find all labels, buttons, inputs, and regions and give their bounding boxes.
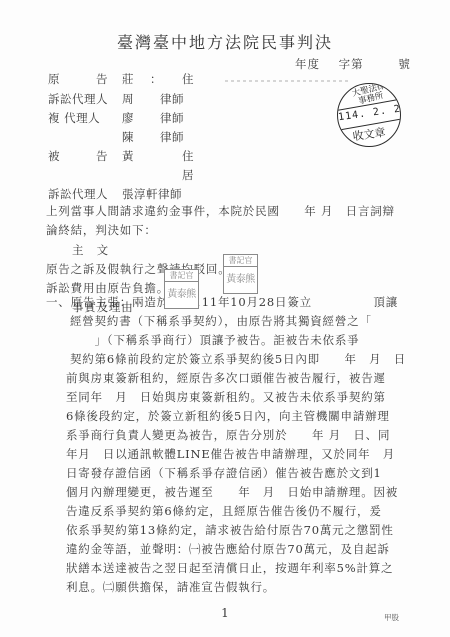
party-residence-label: 居: [182, 167, 194, 183]
facts-line-13: 依系爭契約第13條約定，請求被告給付原告70萬元之懲罰性: [66, 520, 394, 541]
party-role: 被 告: [48, 148, 108, 164]
party-name: 黃: [122, 148, 134, 164]
redacted-address: [225, 80, 350, 82]
main-line-1: 原告之訴及假執行之聲請均駁回。: [46, 259, 231, 280]
seal-title: 書記官: [165, 270, 198, 282]
facts-line-10: 日寄發存證信函（下稱系爭存證信函）催告被告應於文到1: [66, 463, 382, 484]
party-title: 律師: [160, 91, 184, 107]
division-code: 甲股: [384, 612, 399, 623]
case-char-label: 字第: [339, 56, 364, 72]
party-name: 莊: [122, 71, 134, 87]
intro-line-1: 上列當事人間請求違約金事件，本院於民國 年 月 日言詞辯: [46, 201, 395, 222]
facts-line-2: 經營契約書（下稱系爭契約），由原告將其獨資經營之「: [70, 311, 372, 332]
party-extra: ：: [150, 71, 162, 87]
seal-name: 黃泰熊: [165, 282, 198, 308]
party-title: 律師: [160, 129, 184, 145]
seal-title: 書記官: [224, 255, 257, 267]
clerk-seal: 書記官 黃泰熊: [223, 254, 258, 294]
facts-line-11: 個月內辦理變更，被告遲至 年 月 日始申請辦理。因被: [66, 482, 398, 503]
party-address-label: 住: [182, 148, 194, 164]
party-title: 律師: [160, 110, 184, 126]
intro-line-2: 論終結，判決如下：: [46, 220, 157, 241]
case-number-label: 號: [398, 56, 411, 72]
party-defendant-residence: 居: [48, 167, 348, 183]
party-sub-agent-2: 陳 律師: [48, 129, 348, 145]
facts-line-15: 狀繕本送達被告之翌日起至清償日止，按週年利率5%計算之: [66, 558, 393, 579]
received-stamp: 大聖法律事務所 114. 2. 27 收文章: [337, 83, 401, 147]
facts-line-8: 系爭商行負責人變更為被告，原告分別於 年 月 日、同: [66, 425, 390, 446]
clerk-seal: 書記官 黃泰熊: [164, 269, 199, 309]
party-plaintiff: 原 告 莊 ： 住: [48, 71, 348, 87]
facts-line-12: 告違反系爭契約第6條約定，且經原告催告後仍不履行，爰: [66, 501, 382, 522]
main-heading: 主 文: [72, 240, 109, 261]
document-title: 臺灣臺中地方法院民事判決: [0, 30, 450, 53]
party-plaintiff-agent: 訴訟代理人 周 律師: [48, 91, 348, 107]
case-number: 年度 字第 號: [295, 56, 411, 72]
stamp-label: 收文章: [337, 122, 401, 146]
facts-line-4: 契約第6條前段約定於簽立系爭契約後5日內即 年 月 日: [70, 349, 406, 370]
party-name: 廖: [122, 110, 134, 126]
facts-line-16: 利息。㈡願供擔保，請准宣告假執行。: [66, 577, 275, 598]
case-year-label: 年度: [295, 56, 320, 72]
party-name: 周: [122, 91, 134, 107]
facts-line-6: 至同年 月 日始與房東簽新租約。又被告未依系爭契約第: [66, 387, 386, 408]
facts-line-3: 」（下稱系爭商行）頂讓予被告。詎被告未依系爭: [70, 330, 359, 351]
party-address-label: 住: [182, 71, 194, 87]
facts-line-14: 違約金等語，並聲明：㈠被告應給付原告70萬元，及自起訴: [66, 539, 390, 560]
party-defendant: 被 告 黃 住: [48, 148, 348, 164]
party-sub-agent: 複 代理人 廖 律師: [48, 110, 348, 126]
page-number: 1: [0, 606, 450, 620]
party-name: 張淳軒律師: [122, 186, 182, 202]
party-role: 訴訟代理人: [48, 91, 108, 107]
party-defendant-agent: 訴訟代理人 張淳軒律師: [48, 186, 348, 202]
party-role: 複 代理人: [48, 110, 100, 126]
facts-line-9: 年月 日以通訊軟體LINE催告被告申請辦理，又於同年 月: [66, 444, 395, 465]
facts-line-7: 6條後段約定，於簽立新租約後5日內，向主管機關申請辦理: [66, 406, 390, 427]
facts-line-5: 前與房東簽新租約，經原告多次口頭催告被告履行，被告遲: [66, 368, 386, 389]
facts-line-1: 一、原告主張：兩造於民國111年10月28日簽立 頂讓: [46, 292, 398, 313]
party-role: 訴訟代理人: [48, 186, 108, 202]
judgment-page: 臺灣臺中地方法院民事判決 年度 字第 號 原 告 莊 ： 住 訴訟代理人 周 律…: [0, 0, 450, 637]
party-role: 原 告: [48, 71, 108, 87]
seal-name: 黃泰熊: [224, 267, 257, 293]
party-name: 陳: [122, 129, 134, 145]
